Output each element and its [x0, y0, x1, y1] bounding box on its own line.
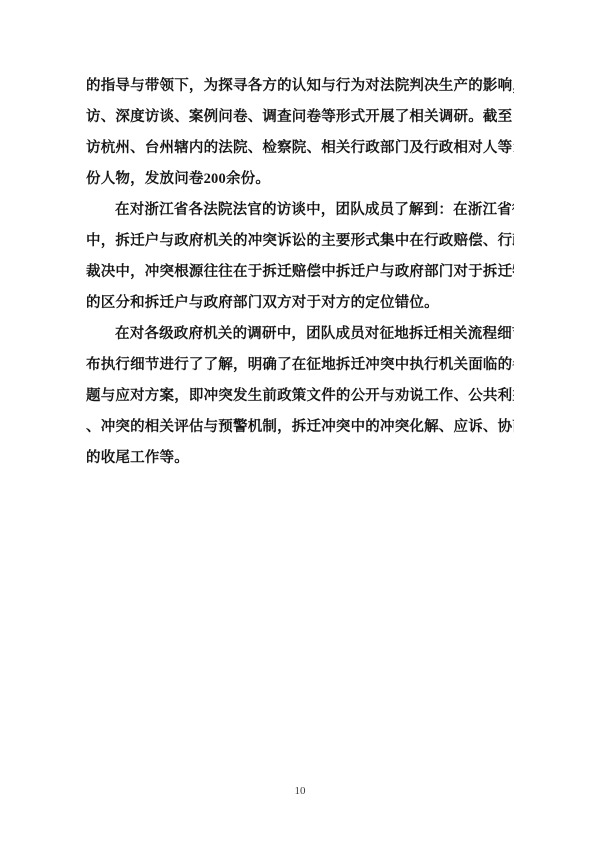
page-number: 10	[0, 785, 600, 797]
text-line: 的区分和拆迁户与政府部门双方对于对方的定位错位。	[86, 288, 514, 319]
text-line: 在对各级政府机关的调研中，团队成员对征地拆迁相关流程细节与政策发	[86, 319, 514, 350]
text-line: 题与应对方案，即冲突发生前政策文件的公开与劝说工作、公共利益的界定标准	[86, 381, 514, 412]
text-line: 、冲突的相关评估与预警机制，拆迁冲突中的冲突化解、应诉、协商机制，冲突后	[86, 412, 514, 443]
text-line: 布执行细节进行了了解，明确了在征地拆迁冲突中执行机关面临的各种实际问	[86, 350, 514, 381]
text-line: 在对浙江省各法院法官的访谈中，团队成员了解到：在浙江省征地拆迁案件	[86, 195, 514, 226]
text-line: 裁决中，冲突根源往往在于拆迁赔偿中拆迁户与政府部门对于拆迁物价值定位	[86, 257, 514, 288]
text-line: 份人物，发放问卷200余份。	[86, 164, 514, 195]
body-text: 的指导与带领下，为探寻各方的认知与行为对法院判决生产的影响，通过实地走 访、深度…	[86, 71, 514, 474]
text-line: 的收尾工作等。	[86, 443, 514, 474]
document-page: 的指导与带领下，为探寻各方的认知与行为对法院判决生产的影响，通过实地走 访、深度…	[0, 0, 600, 848]
text-line: 访杭州、台州辖内的法院、检察院、相关行政部门及行政相对人等18个地点或身	[86, 133, 514, 164]
text-line: 的指导与带领下，为探寻各方的认知与行为对法院判决生产的影响，通过实地走	[86, 71, 514, 102]
text-line: 访、深度访谈、案例问卷、调查问卷等形式开展了相关调研。截至目前，已先后走	[86, 102, 514, 133]
text-line: 中，拆迁户与政府机关的冲突诉讼的主要形式集中在行政赔偿、行政强制与行政	[86, 226, 514, 257]
